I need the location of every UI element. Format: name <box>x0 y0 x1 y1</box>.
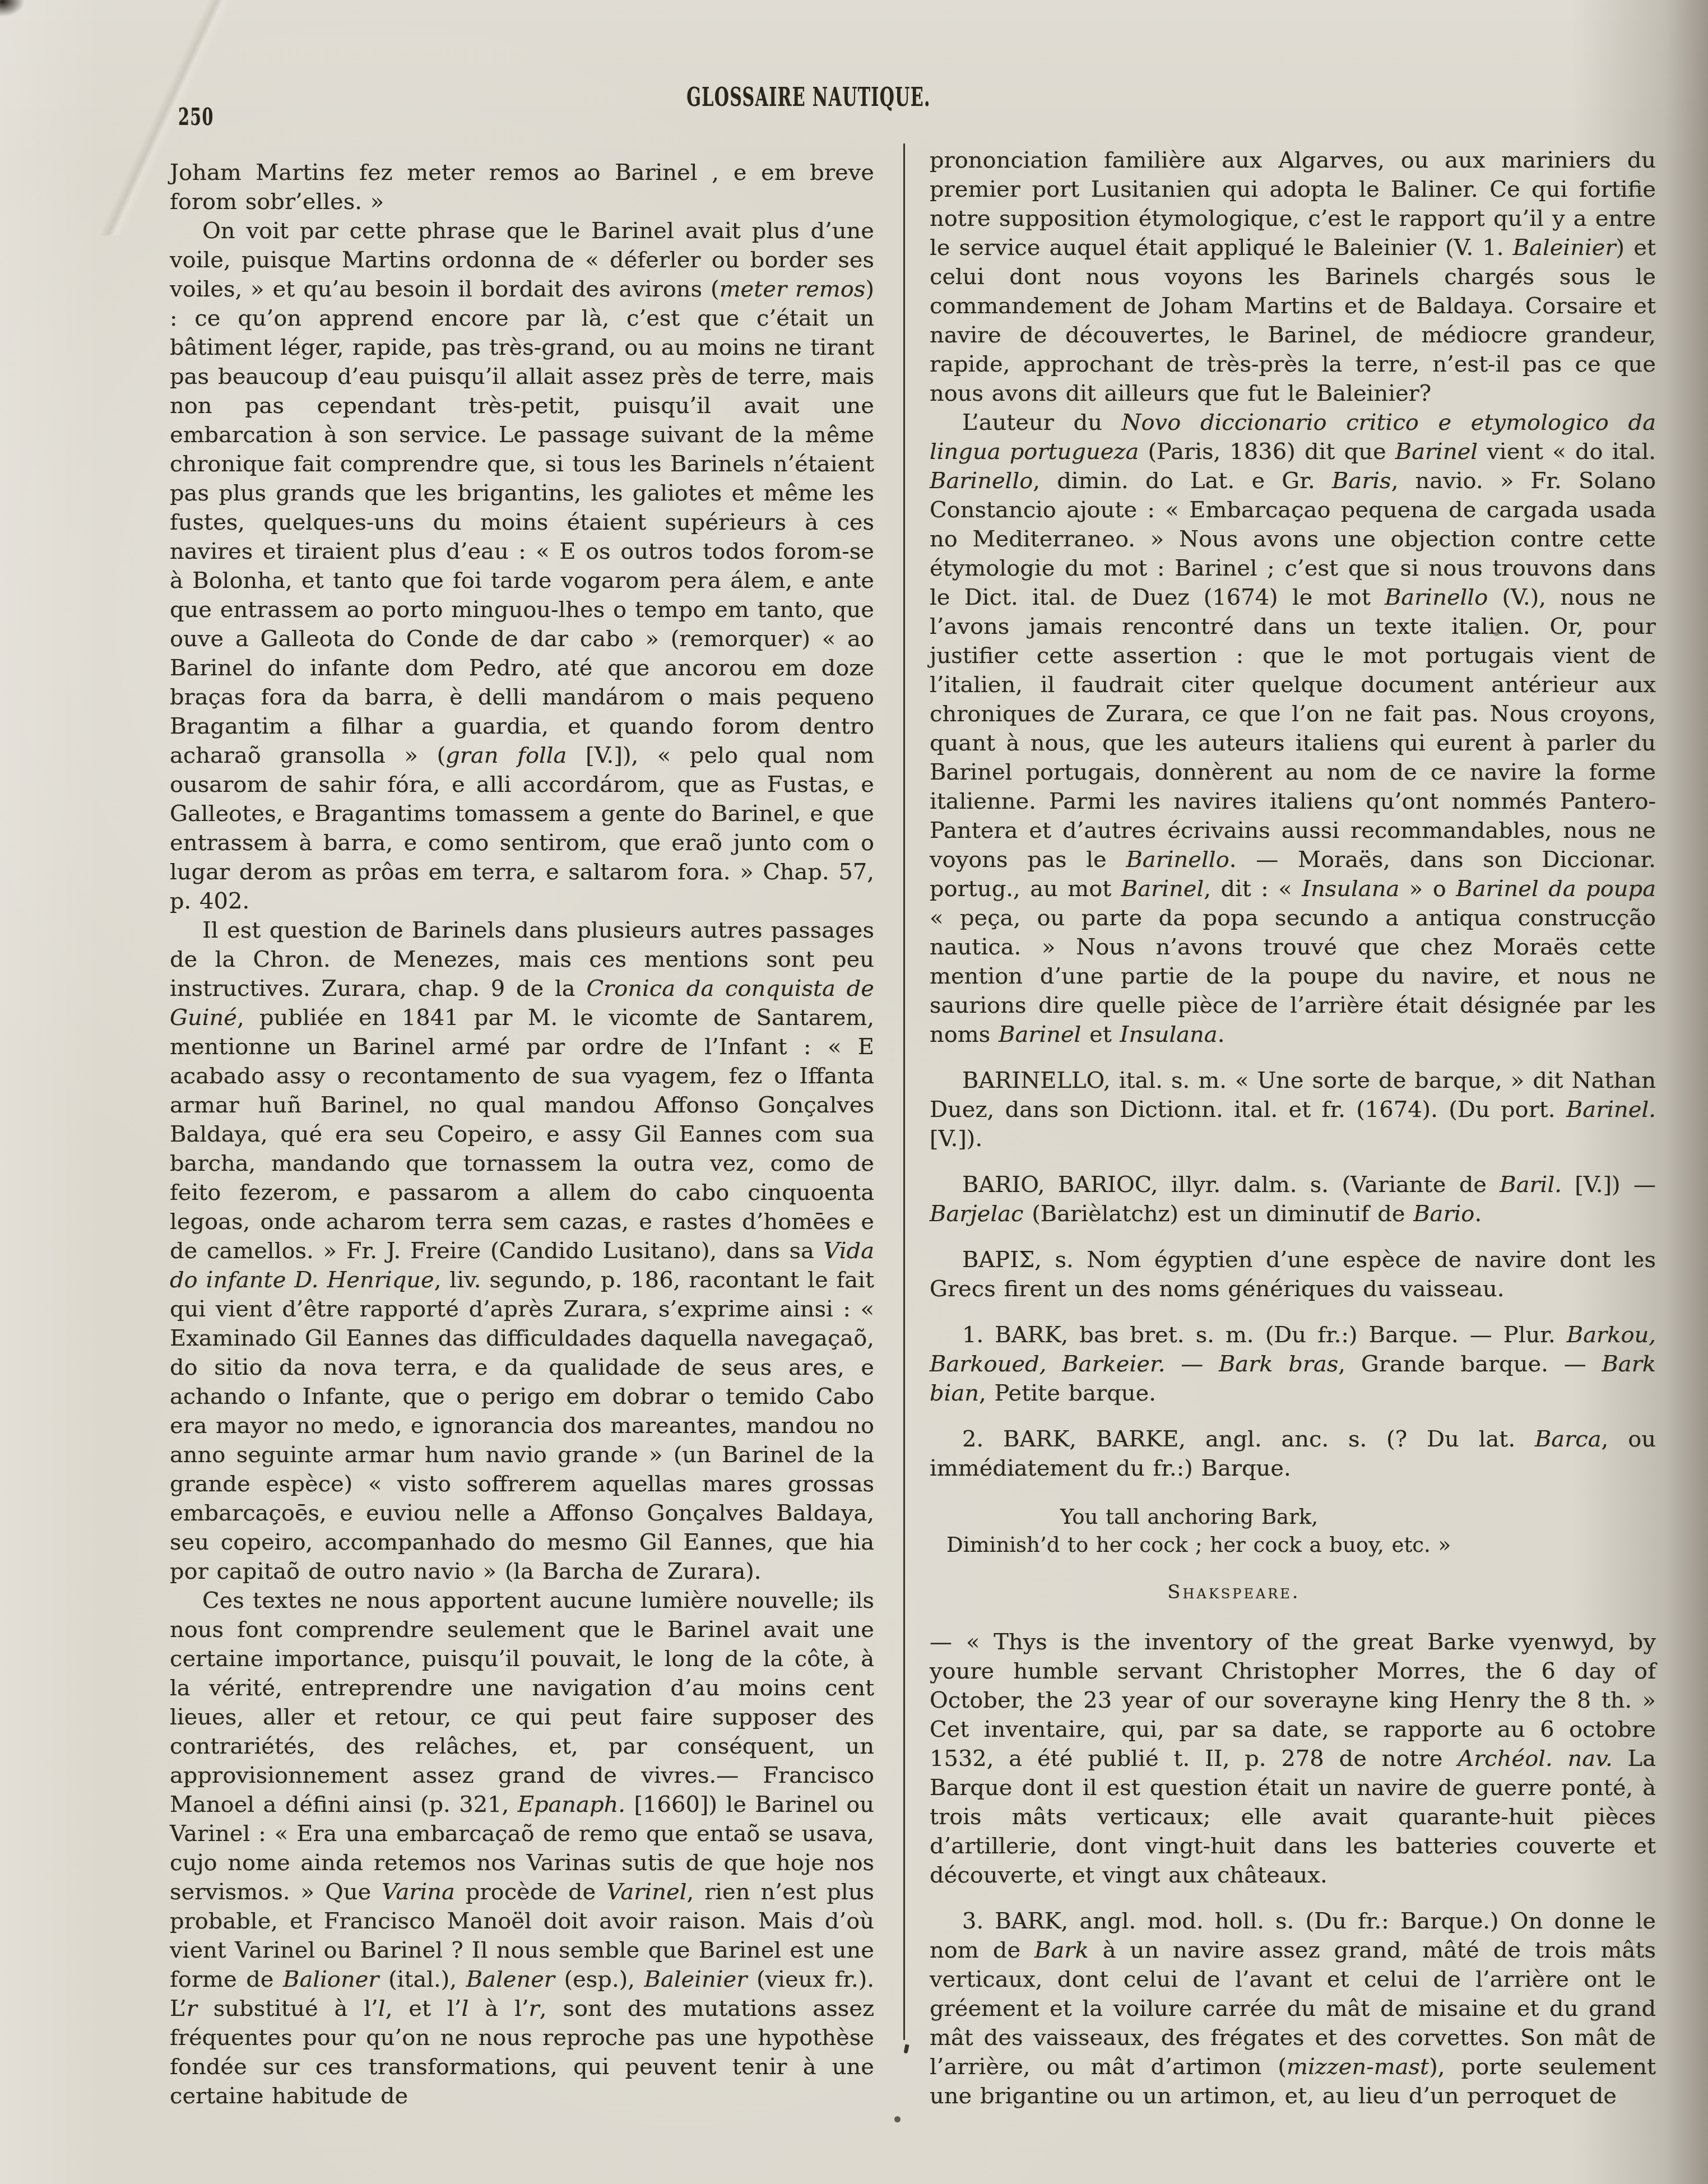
entry-bario-barioc: BARIO, BARIOC, illyr. dalm. s. (Variante… <box>930 1170 1656 1228</box>
para-l-auteur: L’auteur du Novo diccionario critico e e… <box>930 408 1656 1049</box>
para-thys-inventory: — « Thys is the inventory of the great B… <box>930 1627 1656 1890</box>
scan-artifact-corner <box>0 0 25 17</box>
scan-artifact-ink-dot <box>894 2116 901 2122</box>
verse-line: Diminish’d to her cock ; her cock a buoy… <box>946 1531 1432 1559</box>
scan-artifact-fleck <box>1494 632 1499 636</box>
book-page-scan: 250 GLOSSAIRE NAUTIQUE. Joham Martins fe… <box>0 0 1708 2184</box>
entry-bark-3: 3. BARK, angl. mod. holl. s. (Du fr.: Ba… <box>930 1907 1656 2111</box>
page-number: 250 <box>178 103 214 131</box>
para-prononciation-continuation: prononciation familière aux Algarves, ou… <box>930 146 1656 408</box>
para-il-est-question: Il est question de Barinels dans plusieu… <box>170 916 874 1586</box>
entry-bark-1: 1. BARK, bas bret. s. m. (Du fr.:) Barqu… <box>930 1320 1656 1408</box>
column-divider-rule <box>903 143 905 2040</box>
para-ces-textes: Ces textes ne nous apportent aucune lumi… <box>170 1586 874 2111</box>
para-joham-continuation: Joham Martins fez meter remos ao Barinel… <box>170 158 874 216</box>
entry-barinello: BARINELLO, ital. s. m. « Une sorte de ba… <box>930 1066 1656 1153</box>
running-title: GLOSSAIRE NAUTIQUE. <box>686 82 930 113</box>
verse-attribution: Shakspeare. <box>946 1578 1432 1606</box>
column-left: Joham Martins fez meter remos ao Barinel… <box>170 158 874 2111</box>
para-on-voit: On voit par cette phrase que le Barinel … <box>170 216 874 916</box>
verse-shakespeare: You tall anchoring Bark,Diminish’d to he… <box>946 1503 1432 1606</box>
entry-bark-2: 2. BARK, BARKE, angl. anc. s. (? Du lat.… <box>930 1425 1656 1483</box>
column-right: prononciation familière aux Algarves, ou… <box>930 146 1656 2111</box>
verse-line: You tall anchoring Bark, <box>946 1503 1432 1531</box>
entry-baris-greek: ΒΑΡΙΣ, s. Nom égyptien d’une espèce de n… <box>930 1245 1656 1304</box>
